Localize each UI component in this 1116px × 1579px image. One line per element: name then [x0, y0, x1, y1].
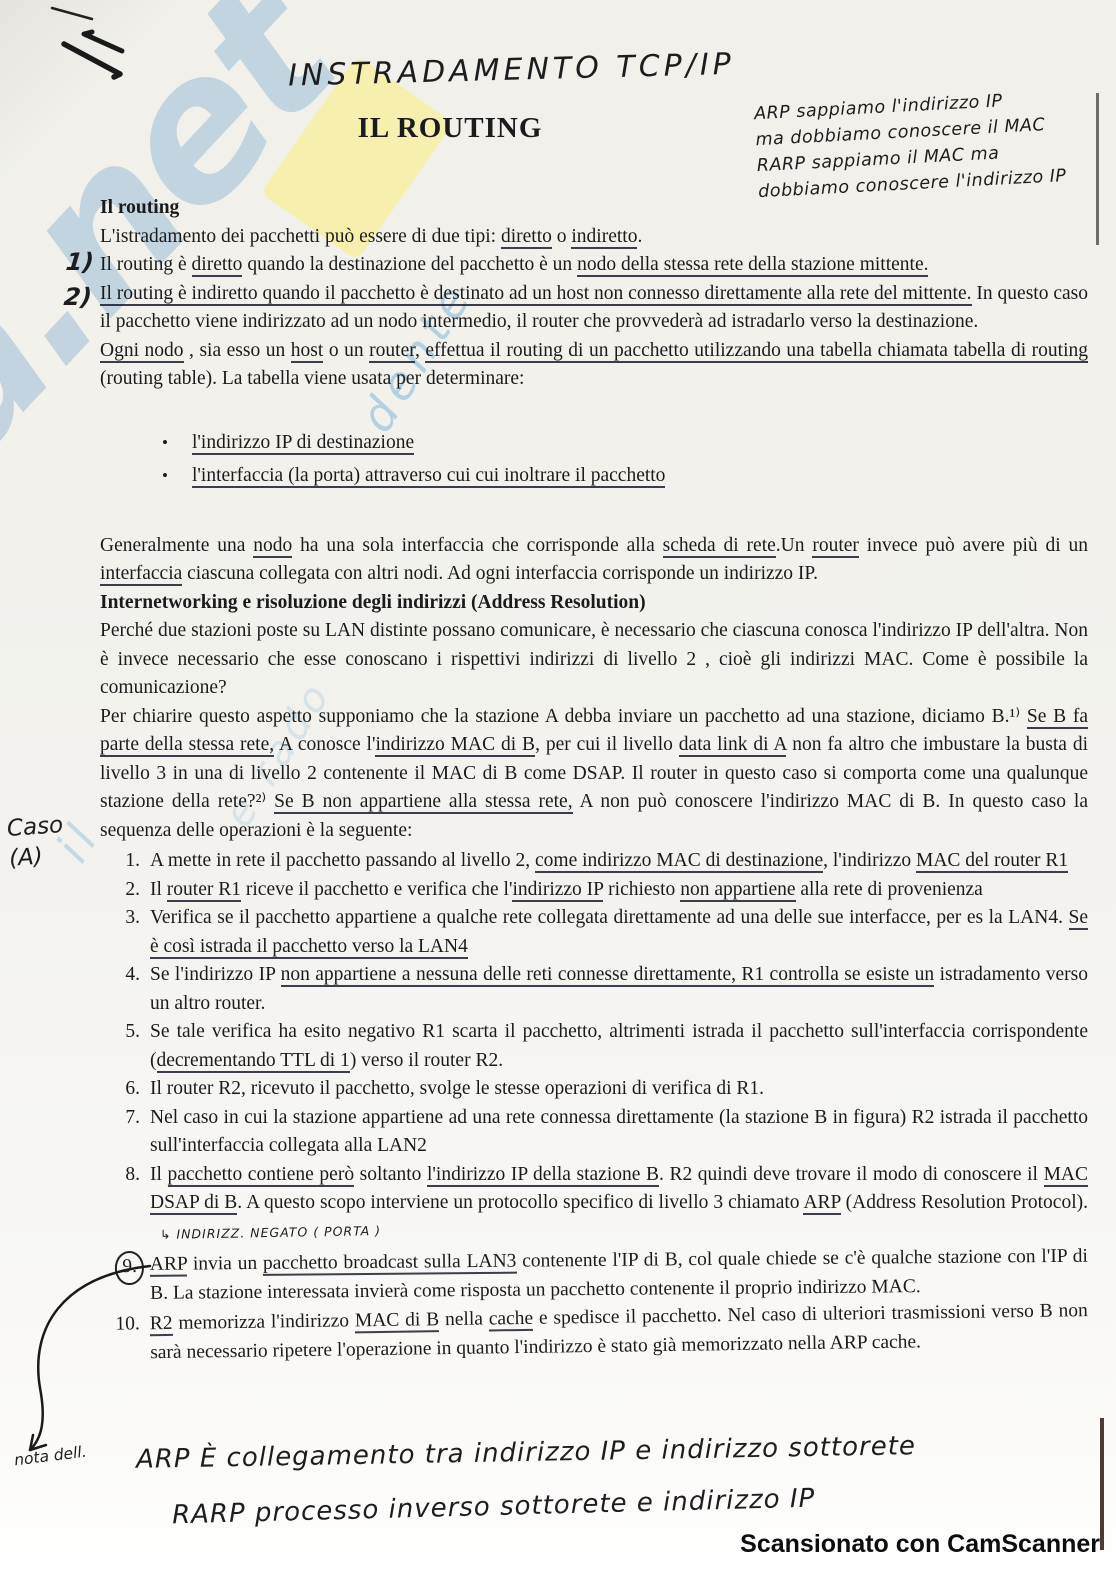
bullet-icon: • [162, 459, 192, 492]
list-item: 7. Nel caso in cui la stazione appartien… [100, 1104, 1088, 1161]
step-text: Il pacchetto contiene però soltanto l'in… [150, 1161, 1088, 1248]
paragraph: Ogni nodo , sia esso un host o un router… [100, 337, 1088, 394]
list-item: • l'interfaccia (la porta) attraverso cu… [162, 459, 1088, 492]
scan-edge-line [1096, 93, 1099, 245]
step-text: A mette in rete il pacchetto passando al… [150, 847, 1088, 876]
scanned-page: a.net dente il e rado INSTRADAMENTO TCP/… [0, 0, 1116, 1579]
list-item: 4. Se l'indirizzo IP non appartiene a ne… [100, 961, 1088, 1018]
list-item: 5. Se tale verifica ha esito negativo R1… [100, 1018, 1088, 1075]
list-item: 3. Verifica se il pacchetto appartiene a… [100, 904, 1088, 961]
step-number: 2. [100, 876, 150, 905]
step-number: 7. [100, 1104, 150, 1161]
list-item: 8. Il pacchetto contiene però soltanto l… [100, 1161, 1088, 1248]
step-text-body: Il pacchetto contiene però soltanto l'in… [150, 1164, 1088, 1216]
step-number: 1. [100, 847, 150, 876]
list-item: 6. Il router R2, ricevuto il pacchetto, … [100, 1075, 1088, 1104]
paragraph: Perché due stazioni poste su LAN distint… [100, 617, 1088, 703]
note-line: Caso [6, 810, 64, 844]
margin-number-1: 1) [65, 248, 96, 276]
section-heading: Il routing [100, 194, 1088, 223]
paragraph: Per chiarire questo aspetto supponiamo c… [100, 703, 1088, 846]
note-line: (A) [8, 840, 66, 874]
step-number: 3. [100, 904, 150, 961]
handwritten-arp-definition: ARP È collegamento tra indirizzo IP e in… [136, 1431, 916, 1475]
document-body: Il routing L'istradamento dei pacchetti … [100, 194, 1088, 1361]
step-text: Se l'indirizzo IP non appartiene a nessu… [150, 961, 1088, 1018]
scan-edge-line [1100, 1418, 1104, 1550]
paragraph: Il routing è diretto quando la destinazi… [100, 251, 1088, 280]
pen-scribble-icon [0, 0, 200, 100]
handwritten-inline-annotation: ↳ INDIRIZZ. NEGATO ( PORTA ) [160, 1217, 382, 1249]
step-number: 4. [100, 961, 150, 1018]
step-number: 5. [100, 1018, 150, 1075]
step-text: Se tale verifica ha esito negativo R1 sc… [150, 1018, 1088, 1075]
step-number: 6. [100, 1075, 150, 1104]
step-text: Nel caso in cui la stazione appartiene a… [150, 1104, 1088, 1161]
step-text: R2 memorizza l'indirizzo MAC di B nella … [150, 1297, 1089, 1367]
step-text: Il router R1 riceve il pacchetto e verif… [150, 876, 1088, 905]
paragraph: L'istradamento dei pacchetti può essere … [100, 223, 1088, 252]
step-number: 8. [100, 1161, 150, 1248]
step-text: Verifica se il pacchetto appartiene a qu… [150, 904, 1088, 961]
page-title: IL ROUTING [280, 112, 620, 145]
numbered-list: 1. A mette in rete il pacchetto passando… [100, 847, 1088, 1361]
list-item: 10. R2 memorizza l'indirizzo MAC di B ne… [100, 1297, 1089, 1368]
step-text: Il router R2, ricevuto il pacchetto, svo… [150, 1075, 1088, 1104]
bullet-list: • l'indirizzo IP di destinazione • l'int… [162, 426, 1088, 492]
paragraph: Il routing è indiretto quando il pacchet… [100, 280, 1088, 337]
margin-note-caso-a: Caso (A) [6, 810, 66, 874]
arp-rarp-margin-note: ARP sappiamo l'indirizzo IP ma dobbiamo … [754, 83, 1111, 205]
handwritten-title: INSTRADAMENTO TCP/IP [288, 45, 789, 93]
margin-number-2: 2) [63, 283, 94, 311]
list-item: 2. Il router R1 riceve il pacchetto e ve… [100, 876, 1088, 905]
bullet-icon: • [162, 426, 192, 459]
handwritten-rarp-definition: RARP processo inverso sottorete e indiri… [172, 1484, 816, 1531]
paragraph: Generalmente una nodo ha una sola interf… [100, 532, 1088, 589]
camscanner-watermark: Scansionato con CamScanner [740, 1530, 1100, 1559]
bullet-text: l'interfaccia (la porta) attraverso cui … [192, 459, 665, 492]
list-item: • l'indirizzo IP di destinazione [162, 426, 1088, 459]
list-item: 1. A mette in rete il pacchetto passando… [100, 847, 1088, 876]
bullet-text: l'indirizzo IP di destinazione [192, 426, 414, 459]
section-heading: Internetworking e risoluzione degli indi… [100, 589, 1088, 618]
